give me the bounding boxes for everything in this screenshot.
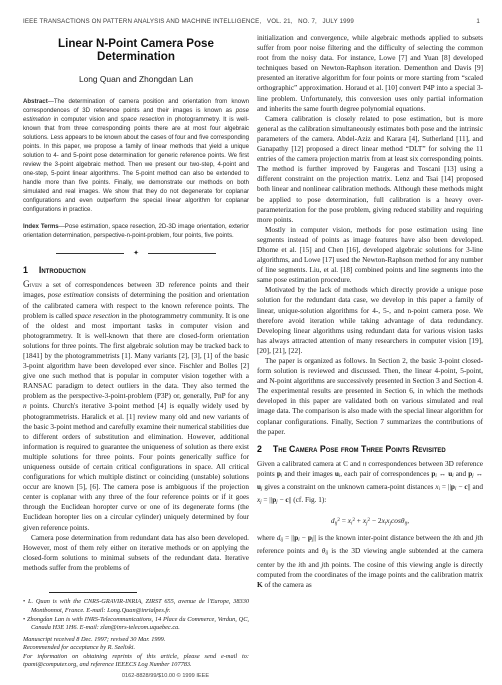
footnote-text: Zhongdan Lan is with INRS-Telecommunicat… xyxy=(27,616,249,631)
page-number: 1 xyxy=(476,18,480,25)
manuscript-note: Recommended for acceptance by R. Szelisk… xyxy=(23,644,249,652)
section-1-number: 1 xyxy=(23,265,28,275)
separator-line xyxy=(148,253,216,254)
footnote-item: • L. Quan is with the CNRS-GRAVIR-INRIA,… xyxy=(23,598,249,614)
abstract-text: Abstract—The determination of camera pos… xyxy=(23,97,249,214)
footnote-block: • L. Quan is with the CNRS-GRAVIR-INRIA,… xyxy=(23,587,249,669)
separator-line xyxy=(56,253,124,254)
section-1-title: Introduction xyxy=(39,265,86,275)
section-1-heading: 1Introduction xyxy=(23,265,249,275)
paper-title: Linear N-Point Camera Pose Determination xyxy=(23,37,249,63)
left-column: Linear N-Point Camera Pose Determination… xyxy=(23,34,249,573)
section-2-number: 2 xyxy=(257,444,262,454)
diamond-icon: ✦ xyxy=(133,250,139,257)
section-2-paragraph-2: where dij = ||pi − pj|| is the known int… xyxy=(257,533,483,590)
bullet-icon: • xyxy=(23,616,25,623)
paper-authors: Long Quan and Zhongdan Lan xyxy=(23,74,249,84)
intro-paragraph-1: Given a set of correspondences between 3… xyxy=(23,280,249,533)
manuscript-note: For information on obtaining reprints of… xyxy=(23,653,249,669)
body-paragraph: The paper is organized as follows. In Se… xyxy=(257,356,483,437)
journal-title: IEEE TRANSACTIONS ON PATTERN ANALYSIS AN… xyxy=(23,18,354,25)
body-paragraph: Motivated by the lack of methods which d… xyxy=(257,285,483,356)
body-paragraph: initialization and convergence, while al… xyxy=(257,33,483,114)
index-terms: Index Terms—Pose estimation, space resec… xyxy=(23,222,249,240)
section-2-title: The Camera Pose from Three Points Revisi… xyxy=(273,444,446,454)
author-footnotes: • L. Quan is with the CNRS-GRAVIR-INRIA,… xyxy=(23,598,249,632)
footnote-rule xyxy=(49,592,137,593)
body-paragraph: Camera calibration is closely related to… xyxy=(257,114,483,225)
footnote-text: L. Quan is with the CNRS-GRAVIR-INRIA, Z… xyxy=(28,598,249,613)
section-2-heading: 2The Camera Pose from Three Points Revis… xyxy=(257,444,483,454)
page-header: IEEE TRANSACTIONS ON PATTERN ANALYSIS AN… xyxy=(23,18,480,25)
section-separator: ✦ xyxy=(23,250,249,257)
footnote-item: • Zhongdan Lan is with INRS-Telecommunic… xyxy=(23,616,249,632)
body-paragraph: Mostly in computer vision, methods for p… xyxy=(257,225,483,286)
equation: dij2 = xi2 + xj2 − 2xixjcosθij, xyxy=(257,516,483,526)
paper-page: IEEE TRANSACTIONS ON PATTERN ANALYSIS AN… xyxy=(0,0,502,685)
bullet-icon: • xyxy=(23,598,25,605)
intro-paragraph-2: Camera pose determination from redundant… xyxy=(23,533,249,573)
copyright-line: 0162-8828/99/$10.00 © 1999 IEEE xyxy=(23,673,308,679)
manuscript-note: Manuscript received 8 Dec. 1997; revised… xyxy=(23,636,249,644)
right-column: initialization and convergence, while al… xyxy=(257,33,483,590)
section-2-paragraph-1: Given a calibrated camera at C and n cor… xyxy=(257,459,483,509)
